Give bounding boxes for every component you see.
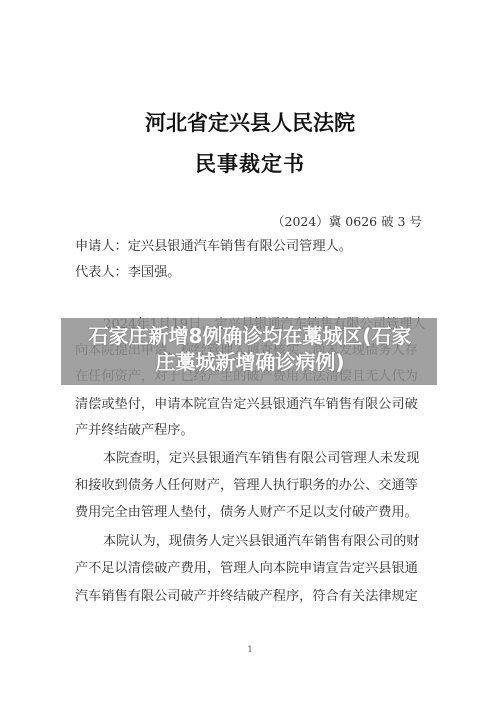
paragraph-line: 本院认为，现债务人定兴县银通汽车销售有限公司的财 — [75, 533, 420, 551]
paragraph-line: 产并终结破产程序。 — [75, 422, 194, 440]
headline-overlay-line2: 庄藁城新增确诊病例) — [0, 346, 500, 375]
paragraph-line: 产不足以清偿破产费用，管理人向本院申请宣告定兴县银通 — [75, 560, 418, 578]
document-type-title: 民事裁定书 — [0, 148, 500, 178]
paragraph-line: 本院查明，定兴县银通汽车销售有限公司管理人未发现 — [75, 450, 420, 468]
paragraph-line: 清偿或垫付，申请本院宣告定兴县银通汽车销售有限公司破 — [75, 396, 418, 414]
applicant-text: 申请人：定兴县银通汽车销售有限公司管理人。 — [75, 239, 352, 254]
headline-overlay-line1: 石家庄新增8例确诊均在藁城区(石家 — [0, 320, 500, 349]
representative-text: 代表人：李国强。 — [75, 265, 181, 280]
case-number: （2024）冀 0626 破 3 号 — [272, 212, 422, 230]
paragraph-line: 汽车销售有限公司破产并终结破产程序，符合有关法律规定 — [75, 588, 418, 606]
representative-line: 代表人：李国强。 — [75, 264, 425, 282]
paragraph-line: 和接收到债务人任何财产，管理人执行职务的办公、交通等 — [75, 477, 418, 495]
page-number: 1 — [0, 645, 500, 654]
applicant-line: 申请人：定兴县银通汽车销售有限公司管理人。 — [75, 238, 425, 256]
paragraph-line: 费用完全由管理人垫付，债务人财产不足以支付破产费用。 — [75, 504, 418, 522]
court-name: 河北省定兴县人民法院 — [0, 107, 500, 137]
document-page: 河北省定兴县人民法院 民事裁定书 （2024）冀 0626 破 3 号 申请人：… — [0, 0, 500, 706]
